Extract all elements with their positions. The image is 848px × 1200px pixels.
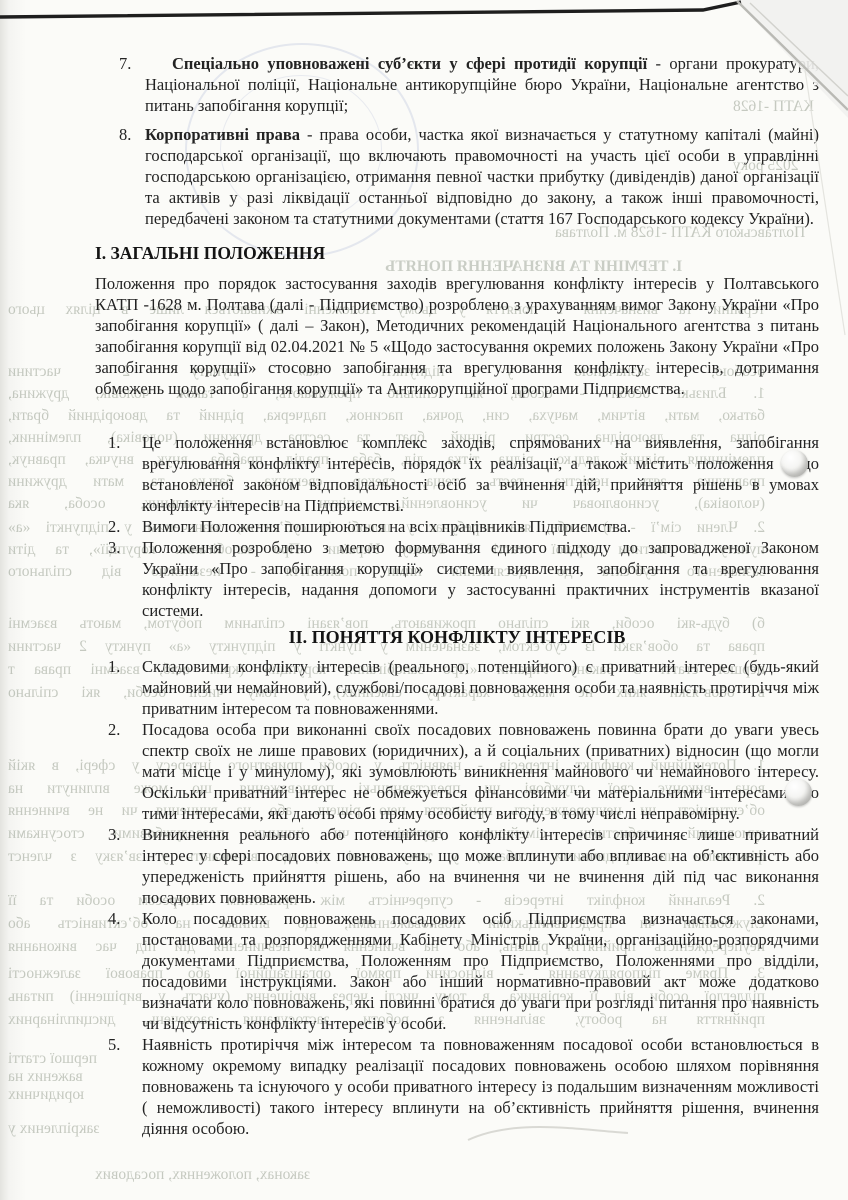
definition-term: Корпоративні права: [145, 125, 300, 144]
bleed-through-text: законах, положеннях, посадових: [95, 1164, 310, 1185]
definition-text: Корпоративні права - права особи, частка…: [145, 124, 819, 229]
definition-item-8: 8. Корпоративні права - права особи, час…: [95, 124, 819, 229]
bleed-through-text: закріплених у: [8, 1118, 99, 1139]
list-item: 2. Вимоги Положення поширюються на всіх …: [95, 516, 819, 537]
item-number: 5.: [108, 1034, 120, 1055]
item-number: 2.: [108, 719, 120, 740]
section-2-list: 1. Складовими конфлікту інтересів (реаль…: [95, 656, 819, 1139]
item-number: 1.: [108, 432, 120, 453]
definitions-list: 7. Спеціально уповноважені суб’єкти у сф…: [95, 53, 819, 229]
section-1-list: 1. Це положення встановлює комплекс захо…: [95, 432, 819, 621]
definition-item-7: 7. Спеціально уповноважені суб’єкти у сф…: [95, 53, 819, 116]
bleed-through-text: юридичних: [8, 1084, 84, 1105]
list-item-text: Коло посадових повноважень посадових осі…: [142, 909, 819, 1033]
list-item: 5. Наявність протиріччя між інтересом та…: [95, 1034, 819, 1139]
section-1-intro-paragraph: Положення про порядок застосування заход…: [95, 273, 819, 399]
glare-blob: [785, 779, 812, 806]
list-item-text: Вимоги Положення поширюються на всіх пра…: [142, 517, 631, 536]
section-2-heading: ІІ. ПОНЯТТЯ КОНФЛІКТУ ІНТЕРЕСІВ: [95, 627, 819, 648]
document-text-column: 7. Спеціально уповноважені суб’єкти у сф…: [95, 0, 819, 1139]
list-item-text: Виникнення реального або потенційного ко…: [142, 825, 819, 907]
item-number: 1.: [108, 656, 120, 677]
list-item: 2. Посадова особа при виконанні своїх по…: [95, 719, 819, 824]
definition-text: Спеціально уповноважені суб’єкти у сфері…: [145, 53, 819, 116]
definition-term: Спеціально уповноважені суб’єкти у сфері…: [172, 54, 647, 73]
item-number: 2.: [108, 516, 120, 537]
bleed-through-text: першої статті: [8, 1048, 97, 1069]
bleed-through-text: важених на: [8, 1066, 83, 1087]
item-number: 3.: [108, 537, 120, 558]
glare-blob: [781, 450, 808, 477]
list-item: 1. Це положення встановлює комплекс захо…: [95, 432, 819, 516]
item-number: 7.: [119, 53, 131, 74]
list-item: 3. Виникнення реального або потенційного…: [95, 824, 819, 908]
scanned-document-page: Полтавського КАТП -1628 м. Полтава І. ТЕ…: [0, 0, 848, 1200]
item-number: 3.: [108, 824, 120, 845]
list-item-text: Посадова особа при виконанні своїх посад…: [142, 720, 819, 823]
list-item-text: Наявність протиріччя між інтересом та по…: [142, 1035, 819, 1138]
list-item-text: Положення розроблено з метою формування …: [142, 538, 819, 620]
section-1-heading: І. ЗАГАЛЬНІ ПОЛОЖЕННЯ: [95, 243, 819, 264]
list-item: 3. Положення розроблено з метою формуван…: [95, 537, 819, 621]
item-number: 4.: [108, 908, 120, 929]
list-item-text: Це положення встановлює комплекс заходів…: [142, 433, 819, 515]
item-number: 8.: [119, 124, 131, 145]
list-item-text: Складовими конфлікту інтересів (реальног…: [142, 657, 819, 718]
list-item: 4. Коло посадових повноважень посадових …: [95, 908, 819, 1034]
list-item: 1. Складовими конфлікту інтересів (реаль…: [95, 656, 819, 719]
